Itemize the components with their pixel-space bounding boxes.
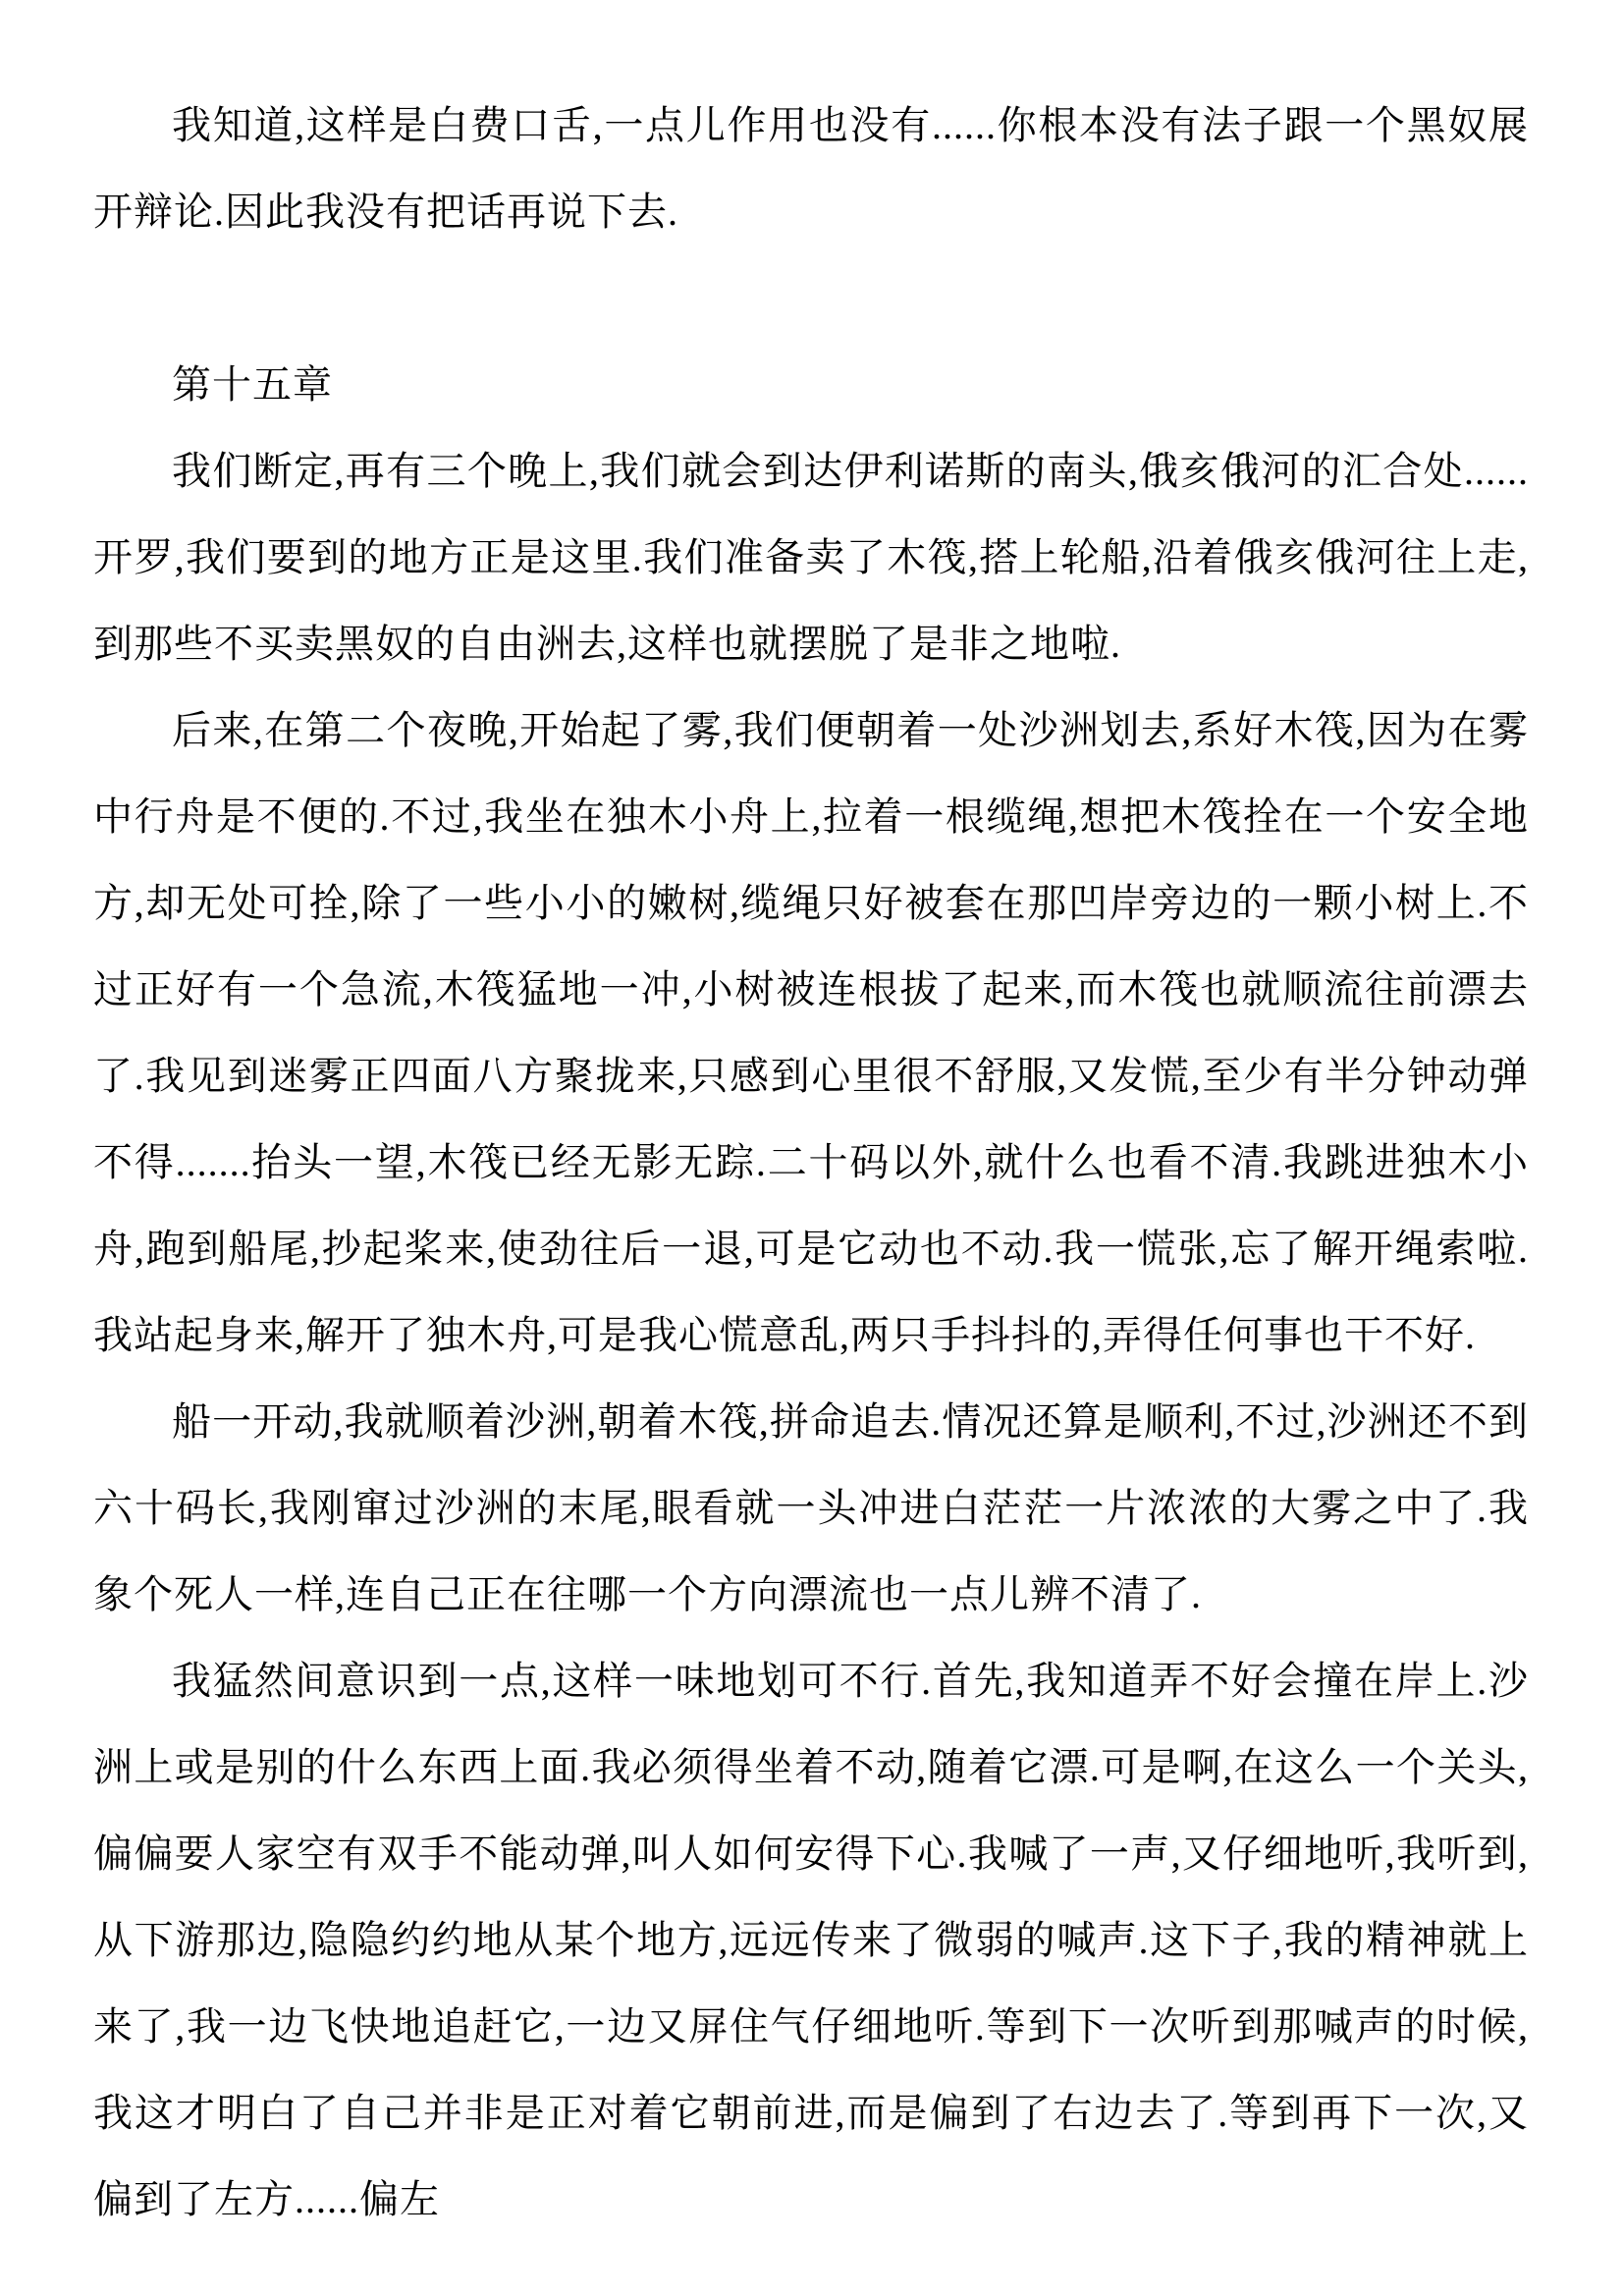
- intro-paragraph: 我知道,这样是白费口舌,一点儿作用也没有......你根本没有法子跟一个黑奴展开…: [93, 82, 1529, 255]
- body-paragraph-4: 我猛然间意识到一点,这样一味地划可不行.首先,我知道弄不好会撞在岸上.沙洲上或是…: [93, 1638, 1529, 2243]
- chapter-heading: 第十五章: [93, 342, 1529, 428]
- body-paragraph-3: 船一开动,我就顺着沙洲,朝着木筏,拼命追去.情况还算是顺利,不过,沙洲还不到六十…: [93, 1379, 1529, 1638]
- body-paragraph-2: 后来,在第二个夜晚,开始起了雾,我们便朝着一处沙洲划去,系好木筏,因为在雾中行舟…: [93, 687, 1529, 1379]
- body-paragraph-1: 我们断定,再有三个晚上,我们就会到达伊利诺斯的南头,俄亥俄河的汇合处......…: [93, 428, 1529, 687]
- document-page: 我知道,这样是白费口舌,一点儿作用也没有......你根本没有法子跟一个黑奴展开…: [0, 0, 1623, 2296]
